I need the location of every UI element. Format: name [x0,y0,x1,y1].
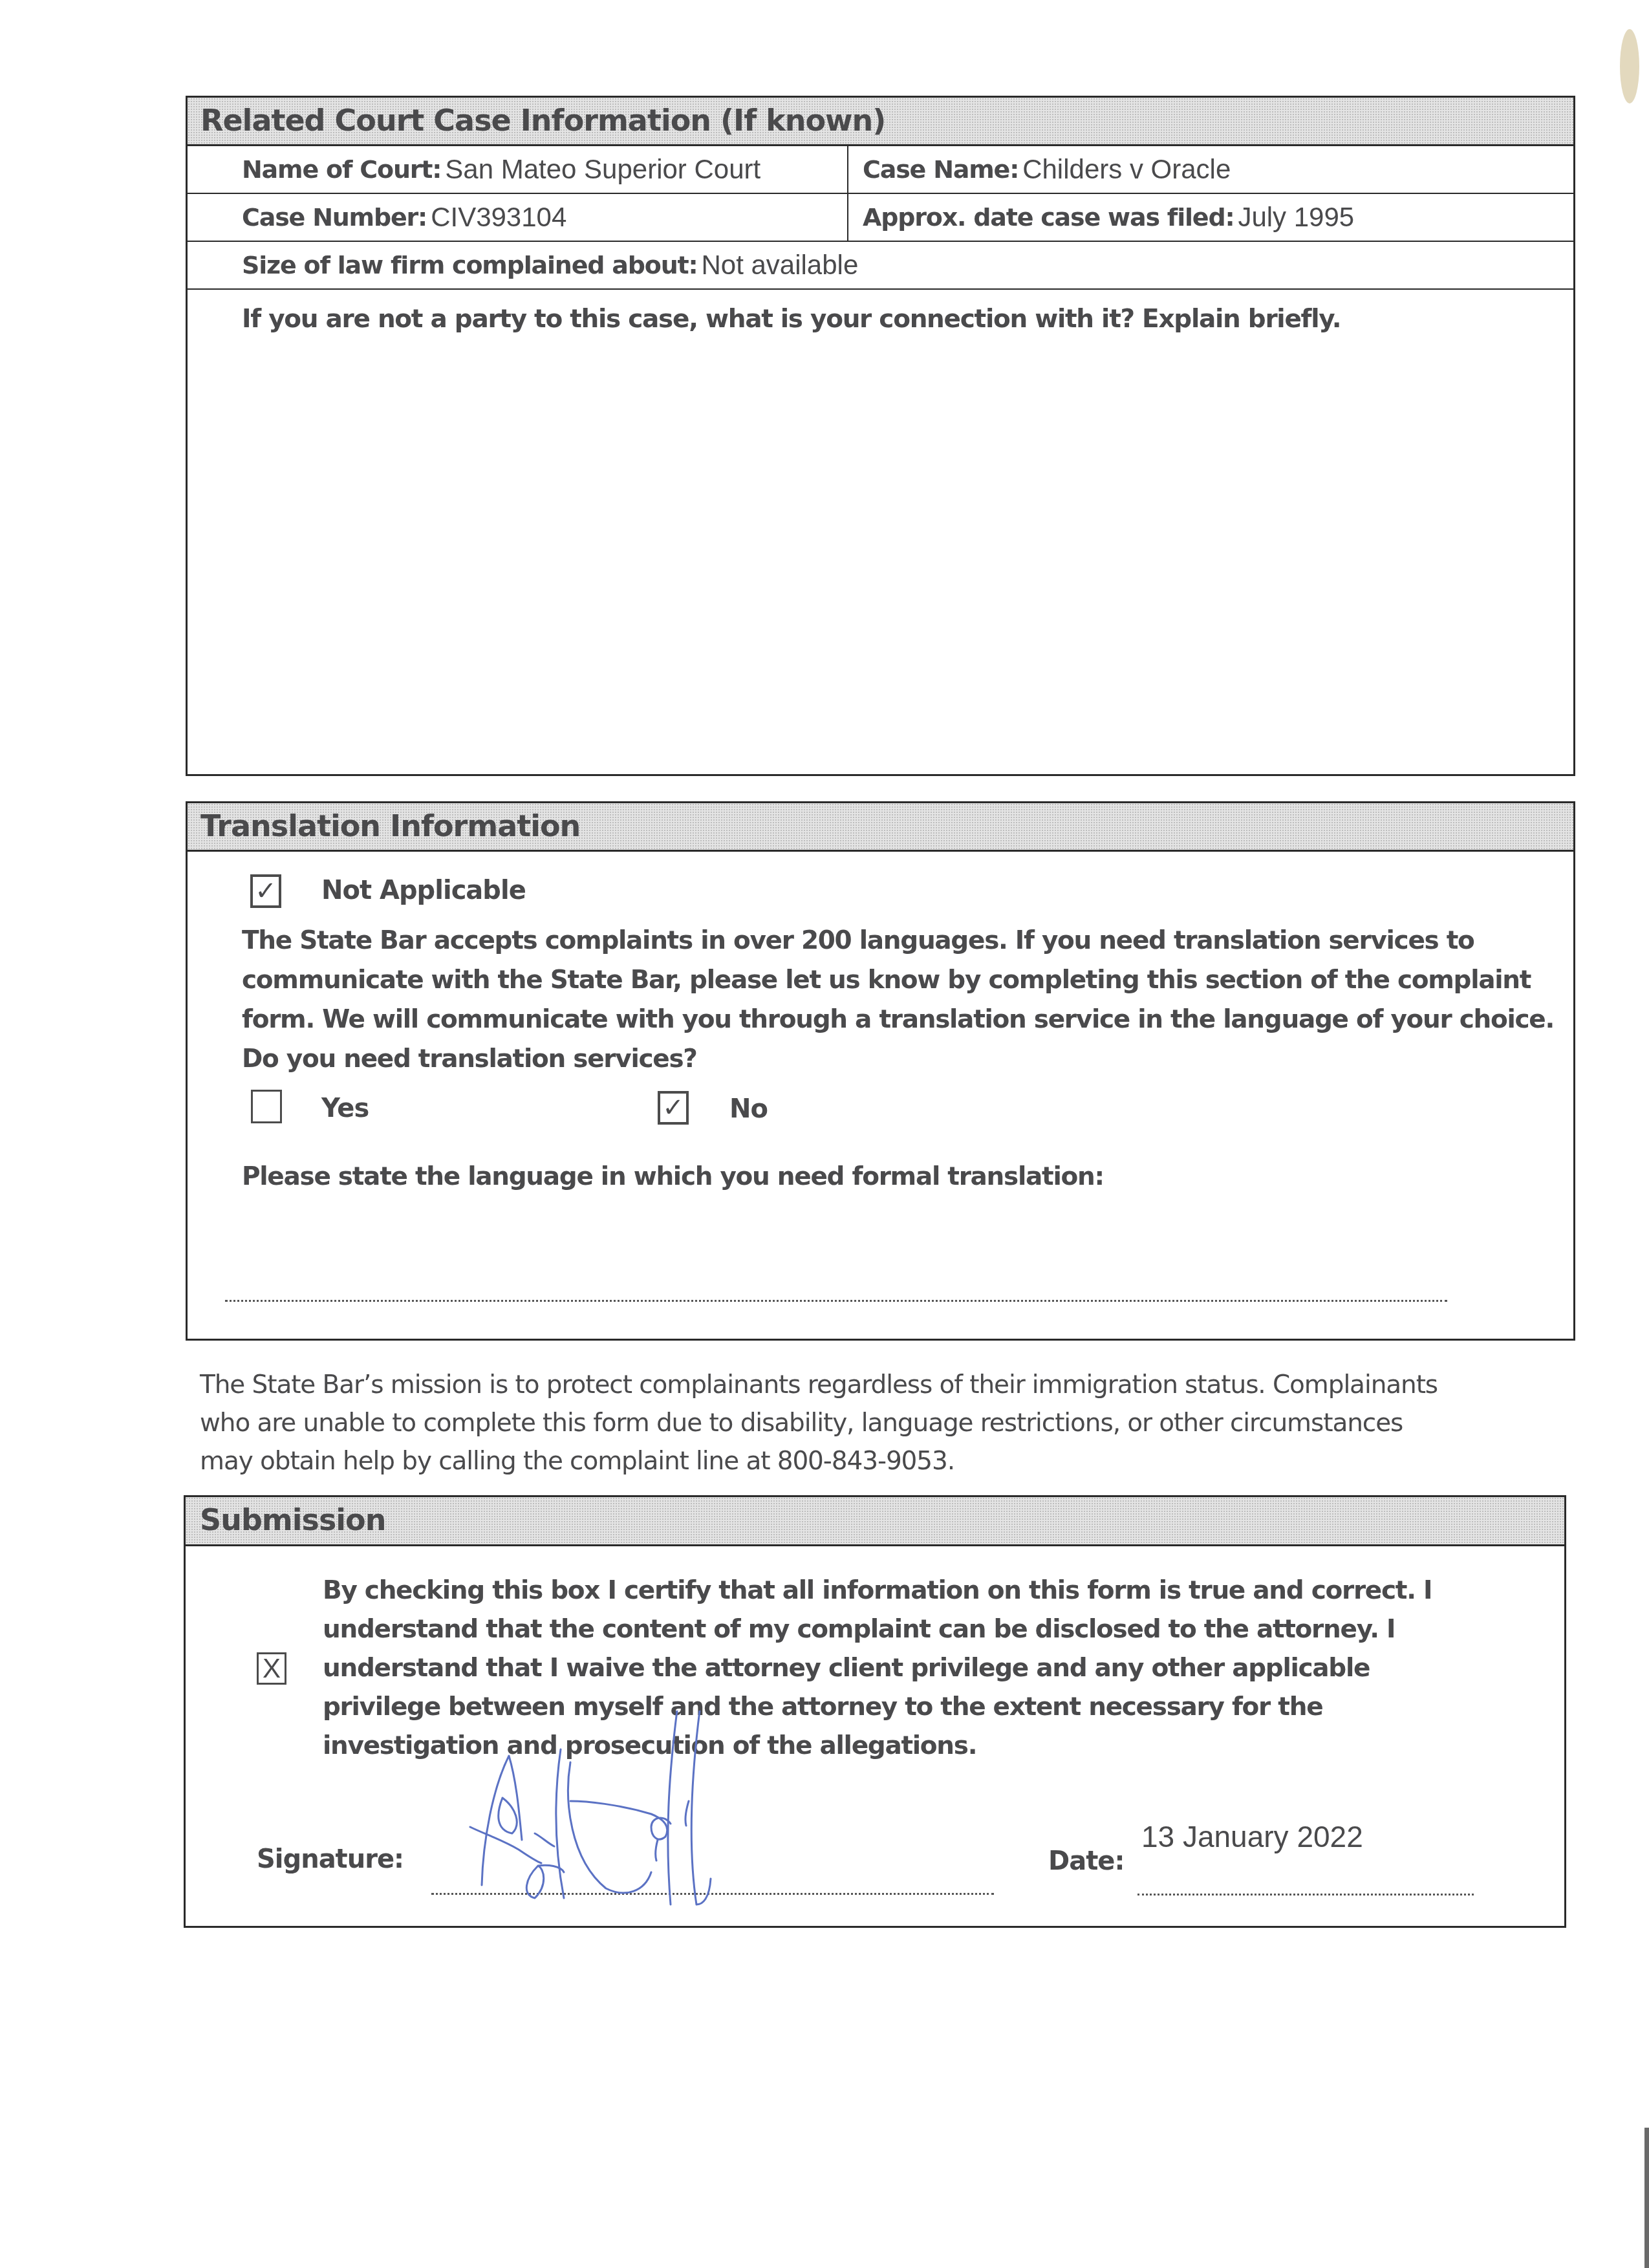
translation-question: Do you need translation services? [242,1039,1554,1079]
date-underline [1137,1894,1474,1895]
case-name-value: Childers v Oracle [1022,154,1231,185]
language-input[interactable] [226,1256,1449,1299]
no-checkbox[interactable]: ✓ [658,1091,689,1125]
certification-line: understand that I waive the attorney cli… [323,1649,1432,1688]
name-of-court-field[interactable]: Name of Court: San Mateo Superior Court [188,146,848,193]
language-prompt: Please state the language in which you n… [242,1157,1104,1196]
firm-size-field[interactable]: Size of law firm complained about: Not a… [188,242,1573,288]
date-label: Date: [1048,1846,1124,1876]
case-number-label: Case Number: [242,203,427,232]
submission-section-title: Submission [186,1497,1564,1546]
firm-size-label: Size of law firm complained about: [242,251,697,279]
mission-notice: The State Bar’s mission is to protect co… [200,1366,1438,1480]
yes-checkbox[interactable] [251,1090,282,1123]
connection-question: If you are not a party to this case, wha… [242,299,1341,339]
translation-description-line: The State Bar accepts complaints in over… [242,921,1554,960]
name-of-court-label: Name of Court: [242,155,441,184]
name-of-court-value: San Mateo Superior Court [445,154,760,185]
court-row-3: Size of law firm complained about: Not a… [188,242,1573,290]
translation-description-line: form. We will communicate with you throu… [242,1000,1554,1039]
signature-image [457,1711,755,1917]
case-name-field[interactable]: Case Name: Childers v Oracle [848,146,1573,193]
scan-edge [1644,2128,1649,2268]
date-filed-field[interactable]: Approx. date case was filed: July 1995 [848,194,1573,241]
connection-answer-area[interactable] [242,350,1554,761]
x-mark-icon: X [263,1655,281,1682]
signature-label: Signature: [257,1844,404,1874]
date-field[interactable]: 13 January 2022 [1141,1819,1363,1854]
translation-description: The State Bar accepts complaints in over… [242,921,1554,1079]
certification-line: By checking this box I certify that all … [323,1571,1432,1610]
case-number-value: CIV393104 [431,202,566,233]
court-row-1: Name of Court: San Mateo Superior Court … [188,146,1573,194]
firm-size-value: Not available [701,250,858,281]
court-case-section-title: Related Court Case Information (If known… [188,98,1573,146]
yes-label: Yes [321,1094,369,1123]
case-name-label: Case Name: [863,155,1018,184]
date-filed-value: July 1995 [1238,202,1354,233]
translation-description-line: communicate with the State Bar, please l… [242,960,1554,1000]
translation-section-title: Translation Information [188,803,1573,852]
not-applicable-label: Not Applicable [321,876,526,905]
checkmark-icon: ✓ [255,878,277,904]
court-case-section: Related Court Case Information (If known… [186,96,1575,776]
case-number-field[interactable]: Case Number: CIV393104 [188,194,848,241]
date-filed-label: Approx. date case was filed: [863,203,1234,232]
submission-section: Submission X By checking this box I cert… [184,1495,1566,1928]
not-applicable-checkbox[interactable]: ✓ [250,874,281,908]
mission-notice-line: The State Bar’s mission is to protect co… [200,1366,1438,1404]
certify-checkbox[interactable]: X [257,1652,286,1685]
mission-notice-line: may obtain help by calling the complaint… [200,1442,1438,1480]
mission-notice-line: who are unable to complete this form due… [200,1404,1438,1442]
no-label: No [729,1094,768,1124]
court-row-2: Case Number: CIV393104 Approx. date case… [188,194,1573,242]
certification-line: understand that the content of my compla… [323,1610,1432,1649]
checkmark-icon: ✓ [662,1095,684,1121]
language-input-underline [225,1300,1447,1302]
translation-section: Translation Information ✓ Not Applicable… [186,801,1575,1341]
scan-smudge [1620,29,1639,103]
